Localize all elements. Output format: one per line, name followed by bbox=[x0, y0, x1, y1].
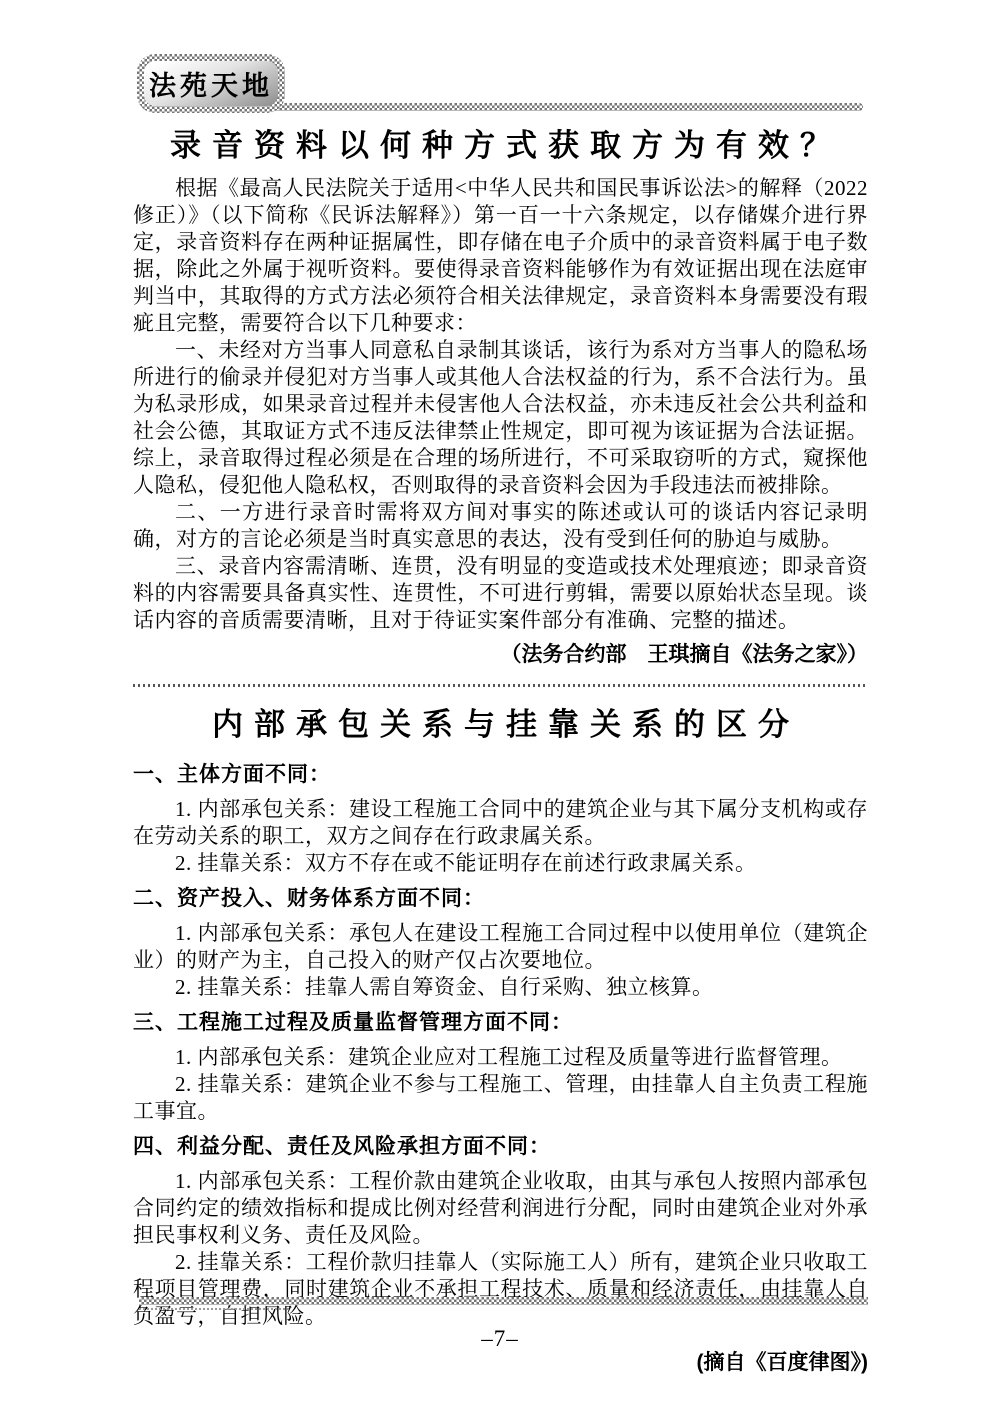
article2-title: 内部承包关系与挂靠关系的区分 bbox=[133, 699, 868, 744]
article1-body: 根据《最高人民法院关于适用<中华人民共和国民事诉讼法>的解释（2022 修正）》… bbox=[133, 175, 868, 634]
page: { "colors": { "text": "#000000", "hatch_… bbox=[0, 0, 1000, 1414]
section-heading: 二、资产投入、财务体系方面不同： bbox=[133, 882, 868, 912]
section-item: 2. 挂靠关系：双方不存在或不能证明存在前述行政隶属关系。 bbox=[133, 850, 868, 877]
section-item: 1. 内部承包关系：承包人在建设工程施工合同过程中以使用单位（建筑企业）的财产为… bbox=[133, 920, 868, 974]
section-item: 2. 挂靠关系：建筑企业不参与工程施工、管理，由挂靠人自主负责工程施工事宜。 bbox=[133, 1071, 868, 1125]
section-item: 1. 内部承包关系：建设工程施工合同中的建筑企业与其下属分支机构或存在劳动关系的… bbox=[133, 796, 868, 850]
section-heading: 一、主体方面不同： bbox=[133, 758, 868, 788]
paragraph: 根据《最高人民法院关于适用<中华人民共和国民事诉讼法>的解释（2022 修正）》… bbox=[133, 175, 868, 337]
footer-subrule bbox=[139, 1308, 291, 1310]
category-badge-label: 法苑天地 bbox=[144, 61, 278, 106]
paragraph: 三、录音内容需清晰、连贯，没有明显的变造或技术处理痕迹；即录音资料的内容需要具备… bbox=[133, 553, 868, 634]
article1-title: 录音资料以何种方式获取方为有效？ bbox=[133, 120, 868, 165]
section-heading: 四、利益分配、责任及风险承担方面不同： bbox=[133, 1130, 868, 1160]
articles-divider bbox=[133, 684, 868, 687]
header-rule bbox=[272, 103, 863, 111]
footer-rule bbox=[139, 1297, 868, 1305]
page-number: –7– bbox=[0, 1326, 1000, 1352]
section-item: 2. 挂靠关系：工程价款归挂靠人（实际施工人）所有，建筑企业只收取工程项目管理费… bbox=[133, 1249, 868, 1330]
paragraph: 一、未经对方当事人同意私自录制其谈话，该行为系对方当事人的隐私场所进行的偷录并侵… bbox=[133, 337, 868, 499]
paragraph: 二、一方进行录音时需将双方间对事实的陈述或认可的谈话内容记录明确，对方的言论必须… bbox=[133, 499, 868, 553]
page-content: 录音资料以何种方式获取方为有效？ 根据《最高人民法院关于适用<中华人民共和国民事… bbox=[133, 120, 868, 1376]
category-badge: 法苑天地 bbox=[137, 54, 285, 113]
article1-attribution: （法务合约部 王琪摘自《法务之家》） bbox=[133, 638, 868, 668]
section-item: 2. 挂靠关系：挂靠人需自筹资金、自行采购、独立核算。 bbox=[133, 974, 868, 1001]
section-item: 1. 内部承包关系：建筑企业应对工程施工过程及质量等进行监督管理。 bbox=[133, 1044, 868, 1071]
article2-body: 一、主体方面不同：1. 内部承包关系：建设工程施工合同中的建筑企业与其下属分支机… bbox=[133, 758, 868, 1330]
section-heading: 三、工程施工过程及质量监督管理方面不同： bbox=[133, 1006, 868, 1036]
section-item: 1. 内部承包关系：工程价款由建筑企业收取，由其与承包人按照内部承包合同约定的绩… bbox=[133, 1168, 868, 1249]
